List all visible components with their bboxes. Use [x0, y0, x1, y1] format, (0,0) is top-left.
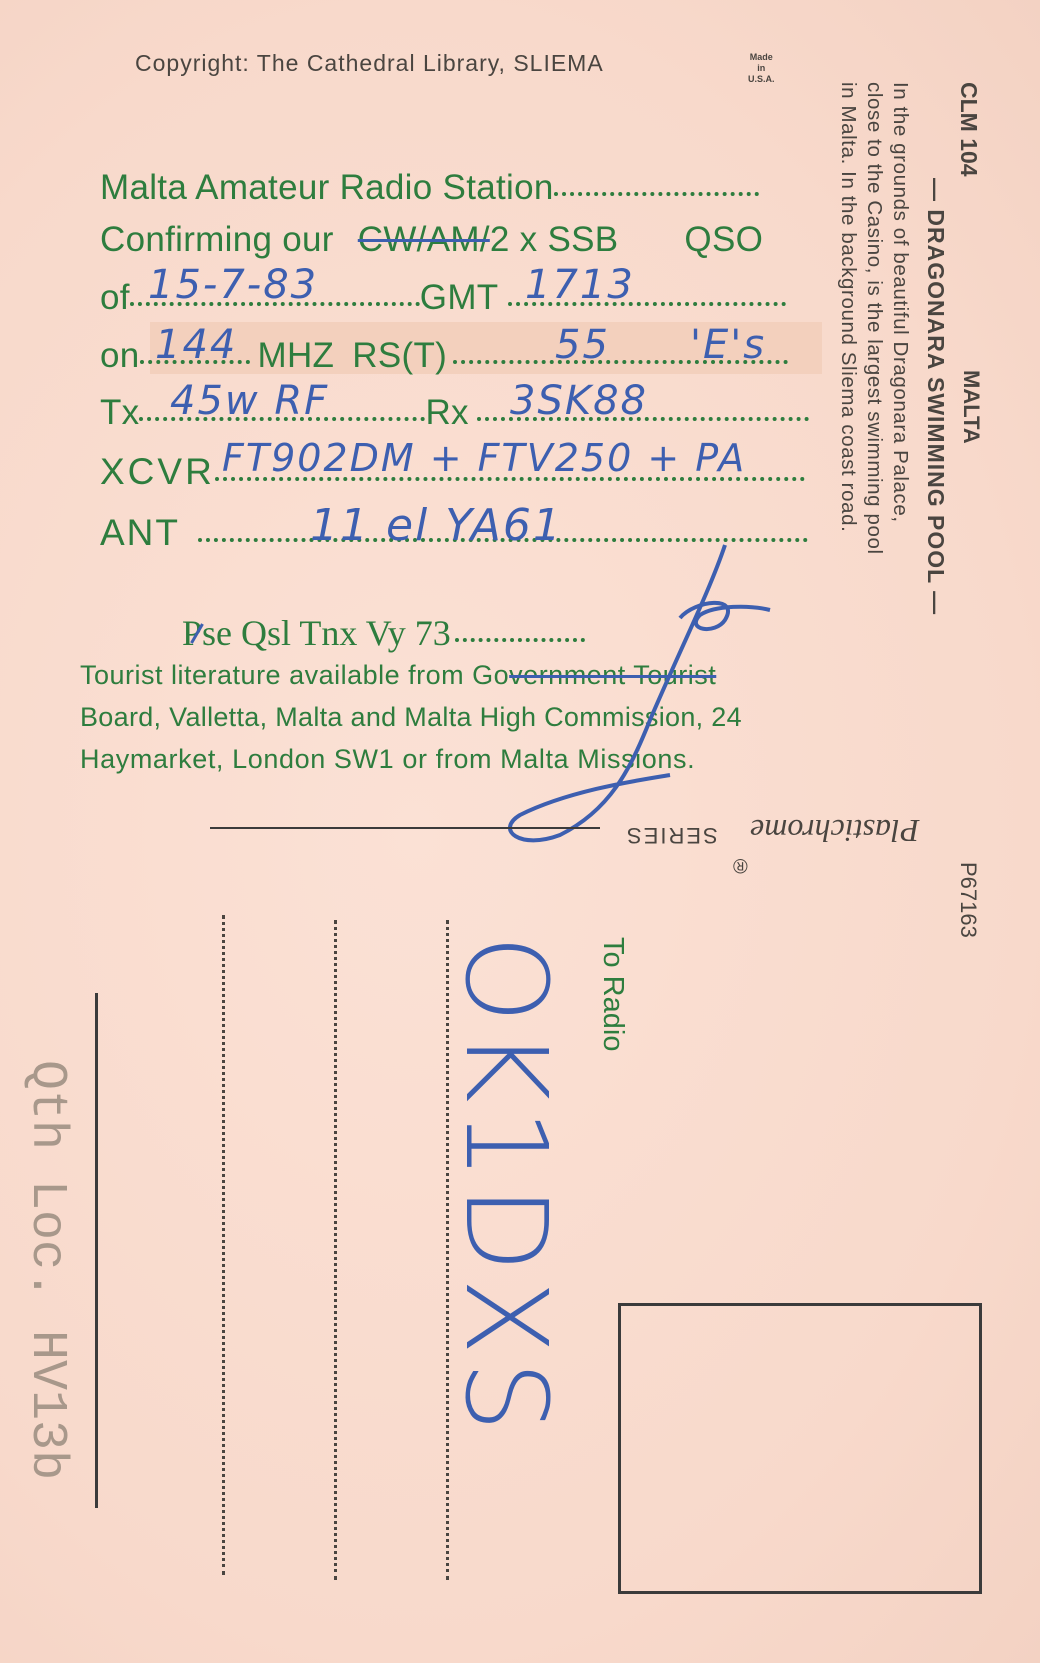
made-in-line: U.S.A. — [748, 74, 775, 85]
rst-note: 'E's — [690, 322, 766, 368]
xcvr-value: FT902DM + FTV250 + PA — [222, 436, 746, 480]
caption-line-2: close to the Casino, is the largest swim… — [862, 82, 886, 555]
mode-ssb: 2 x SSB — [490, 220, 619, 259]
rx-value: 3SK88 — [510, 378, 648, 424]
tourist-line-1a: Tourist literature available from Go — [80, 660, 509, 690]
freq-value: 144 — [155, 322, 237, 368]
caption-line-3: in Malta. In the background Sliema coast… — [836, 82, 860, 532]
gmt-label: GMT — [420, 278, 499, 317]
plastichrome-brand: Plastichrome — [750, 812, 919, 849]
closing-text: Pse Qsl Tnx Vy 73 — [182, 613, 451, 653]
of-label: of — [100, 278, 130, 317]
made-in-usa: Made in U.S.A. — [748, 52, 775, 85]
xcvr-label: XCVR — [100, 451, 215, 492]
caption-title: — DRAGONARA SWIMMING POOL — — [922, 178, 949, 615]
qso-label: QSO — [684, 220, 763, 259]
address-line-1 — [222, 915, 225, 1575]
series-label: SERIES — [625, 822, 718, 848]
caption-line-1: In the grounds of beautiful Dragonara Pa… — [888, 82, 912, 523]
rst-label: RS(T) — [352, 336, 447, 375]
rst-value: 55 — [555, 322, 610, 368]
confirming-row: Confirming our CW/AM/2 x SSB QSO — [100, 220, 763, 260]
tx-label: Tx — [100, 393, 139, 432]
publisher-code: P67163 — [955, 862, 981, 938]
callsign-handwritten: OK1DXS — [440, 935, 570, 1438]
qsl-card: Copyright: The Cathedral Library, SLIEMA… — [0, 0, 1040, 1663]
station-label: Malta Amateur Radio Station — [100, 168, 554, 207]
rx-label: Rx — [425, 393, 468, 432]
ant-label: ANT — [100, 512, 180, 553]
caption-code: CLM 104 — [955, 82, 982, 177]
confirming-label: Confirming our — [100, 220, 334, 259]
qth-locator-stamp: Qth Loc. HV13b — [18, 1060, 75, 1480]
stamp-side-line — [95, 993, 98, 1508]
gmt-value: 1713 — [525, 262, 635, 308]
caption-country: MALTA — [958, 370, 984, 444]
to-radio-label: To Radio — [596, 937, 629, 1051]
tx-value: 45w RF — [170, 378, 329, 424]
made-in-line: in — [748, 63, 775, 74]
signature-flourish-icon — [480, 530, 820, 860]
date-value: 15-7-83 — [148, 262, 318, 308]
station-row: Malta Amateur Radio Station — [100, 168, 759, 208]
divider-line — [210, 827, 600, 829]
postage-stamp-box — [618, 1303, 982, 1594]
mode-cw-am-struck: CW/AM/ — [358, 220, 490, 259]
station-dots — [554, 192, 759, 196]
address-line-2 — [334, 920, 337, 1580]
mhz-label: MHZ — [258, 336, 335, 375]
copyright-text: Copyright: The Cathedral Library, SLIEMA — [135, 50, 604, 77]
on-label: on — [100, 336, 140, 375]
registered-mark: ® — [733, 853, 748, 876]
made-in-line: Made — [748, 52, 775, 63]
